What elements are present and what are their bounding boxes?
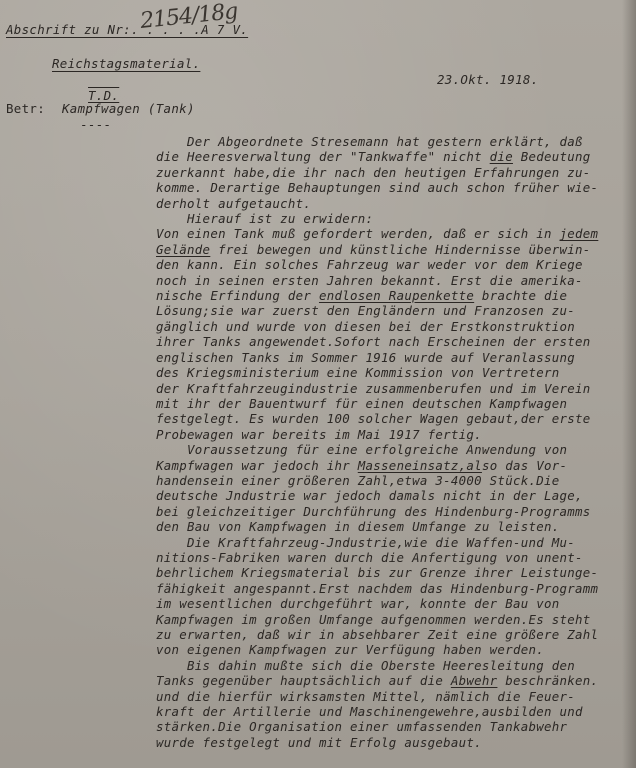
text-line: den kann. Ein solches Fahrzeug war weder…: [156, 257, 626, 272]
text-line: englischen Tanks im Sommer 1916 wurde au…: [156, 350, 626, 365]
text-line: mit ihr der Bauentwurf für einen deutsch…: [156, 396, 626, 411]
text-line: gänglich und wurde von diesen bei der Er…: [156, 319, 626, 334]
text-span: deutsche Jndustrie war jedoch damals nic…: [156, 488, 583, 503]
text-line: stärken.Die Organisation einer umfassend…: [156, 719, 626, 734]
text-line: Der Abgeordnete Stresemann hat gestern e…: [156, 134, 626, 149]
text-span: fähigkeit angespannt.Erst nachdem das Hi…: [156, 581, 598, 596]
text-line: deutsche Jndustrie war jedoch damals nic…: [156, 488, 626, 503]
text-line: komme. Derartige Behauptungen sind auch …: [156, 180, 626, 195]
text-line: Probewagen war bereits im Mai 1917 ferti…: [156, 427, 626, 442]
text-span: den kann. Ein solches Fahrzeug war weder…: [156, 257, 583, 272]
text-span: zu erwarten, daß wir in absehbarer Zeit …: [156, 627, 598, 642]
underlined-text: Gelände: [156, 242, 210, 257]
text-line: fähigkeit angespannt.Erst nachdem das Hi…: [156, 581, 626, 596]
text-span: im wesentlichen durchgeführt war, konnte…: [156, 596, 560, 611]
text-span: brachte die: [474, 288, 567, 303]
text-span: festgelegt. Es wurden 100 solcher Wagen …: [156, 411, 591, 426]
text-span: derholt aufgetaucht.: [156, 196, 311, 211]
text-span: komme. Derartige Behauptungen sind auch …: [156, 180, 598, 195]
text-span: den Bau von Kampfwagen in diesem Umfange…: [156, 519, 560, 534]
text-span: Der Abgeordnete Stresemann hat gestern e…: [156, 134, 583, 149]
text-line: von eigenen Kampfwagen zur Verfügung hab…: [156, 642, 626, 657]
subject-label: Betr:: [6, 101, 45, 116]
underlined-text: jedem: [560, 226, 599, 241]
text-span: beschränken.: [497, 673, 598, 688]
text-line: festgelegt. Es wurden 100 solcher Wagen …: [156, 411, 626, 426]
text-line: bei gleichzeitiger Durchführung des Hind…: [156, 504, 626, 519]
text-span: Probewagen war bereits im Mai 1917 ferti…: [156, 427, 482, 442]
text-line: Die Kraftfahrzeug-Jndustrie,wie die Waff…: [156, 535, 626, 550]
text-span: Die Kraftfahrzeug-Jndustrie,wie die Waff…: [156, 535, 575, 550]
text-span: Hierauf ist zu erwidern:: [156, 211, 373, 226]
text-line: wurde festgelegt und mit Erfolg ausgebau…: [156, 735, 626, 750]
underlined-text: die: [490, 149, 513, 164]
text-span: des Kriegsministerium eine Kommission vo…: [156, 365, 560, 380]
text-line: Kampfwagen im großen Umfange aufgenommen…: [156, 612, 626, 627]
text-line: Tanks gegenüber hauptsächlich auf die Ab…: [156, 673, 626, 688]
text-line: Von einen Tank muß gefordert werden, daß…: [156, 226, 626, 241]
text-line: derholt aufgetaucht.: [156, 196, 626, 211]
text-line: nische Erfindung der endlosen Raupenkett…: [156, 288, 626, 303]
subject-value: Kampfwagen (Tank): [62, 101, 195, 116]
text-line: und die hierfür wirksamsten Mittel, näml…: [156, 689, 626, 704]
document-body: Der Abgeordnete Stresemann hat gestern e…: [156, 134, 626, 750]
text-line: zuerkannt habe,die ihr nach den heutigen…: [156, 165, 626, 180]
text-line: im wesentlichen durchgeführt war, konnte…: [156, 596, 626, 611]
text-span: handensein einer größeren Zahl,etwa 3-40…: [156, 473, 560, 488]
document-date: 23.Okt. 1918.: [437, 72, 539, 87]
text-span: Voraussetzung für eine erfolgreiche Anwe…: [156, 442, 567, 457]
text-span: zuerkannt habe,die ihr nach den heutigen…: [156, 165, 591, 180]
text-line: zu erwarten, daß wir in absehbarer Zeit …: [156, 627, 626, 642]
text-span: Kampfwagen war jedoch ihr: [156, 458, 358, 473]
text-line: Gelände frei bewegen und künstliche Hind…: [156, 242, 626, 257]
text-line: ihrer Tanks angewendet.Sofort nach Ersch…: [156, 334, 626, 349]
underlined-text: Masseneinsatz,al: [358, 458, 482, 473]
text-span: bei gleichzeitiger Durchführung des Hind…: [156, 504, 591, 519]
text-span: der Kraftfahrzeugindustrie zusammenberuf…: [156, 381, 591, 396]
text-span: gänglich und wurde von diesen bei der Er…: [156, 319, 575, 334]
underlined-text: Abwehr: [451, 673, 498, 688]
text-line: Bis dahin mußte sich die Oberste Heeresl…: [156, 658, 626, 673]
text-span: stärken.Die Organisation einer umfassend…: [156, 719, 567, 734]
text-line: nitions-Fabriken waren durch die Anferti…: [156, 550, 626, 565]
text-line: Lösung;sie war zuerst den Engländern und…: [156, 303, 626, 318]
text-span: so das Vor-: [482, 458, 567, 473]
text-span: englischen Tanks im Sommer 1916 wurde au…: [156, 350, 575, 365]
text-span: frei bewegen und künstliche Hindernisse …: [210, 242, 590, 257]
text-line: Voraussetzung für eine erfolgreiche Anwe…: [156, 442, 626, 457]
text-span: Lösung;sie war zuerst den Engländern und…: [156, 303, 575, 318]
text-line: noch in seinen ersten Jahren bekannt. Er…: [156, 273, 626, 288]
text-span: wurde festgelegt und mit Erfolg ausgebau…: [156, 735, 482, 750]
text-span: Bis dahin mußte sich die Oberste Heeresl…: [156, 658, 575, 673]
text-span: kraft der Artillerie und Maschinengewehr…: [156, 704, 583, 719]
text-span: von eigenen Kampfwagen zur Verfügung hab…: [156, 642, 544, 657]
text-span: Von einen Tank muß gefordert werden, daß…: [156, 226, 560, 241]
text-line: den Bau von Kampfwagen in diesem Umfange…: [156, 519, 626, 534]
text-line: Kampfwagen war jedoch ihr Masseneinsatz,…: [156, 458, 626, 473]
text-line: handensein einer größeren Zahl,etwa 3-40…: [156, 473, 626, 488]
text-span: noch in seinen ersten Jahren bekannt. Er…: [156, 273, 583, 288]
document-subtitle: Reichstagsmaterial.: [52, 56, 200, 71]
text-span: und die hierfür wirksamsten Mittel, näml…: [156, 689, 575, 704]
text-span: mit ihr der Bauentwurf für einen deutsch…: [156, 396, 567, 411]
text-span: nitions-Fabriken waren durch die Anferti…: [156, 550, 583, 565]
text-line: die Heeresverwaltung der "Tankwaffe" nic…: [156, 149, 626, 164]
text-span: Kampfwagen im großen Umfange aufgenommen…: [156, 612, 591, 627]
text-line: kraft der Artillerie und Maschinengewehr…: [156, 704, 626, 719]
text-line: des Kriegsministerium eine Kommission vo…: [156, 365, 626, 380]
text-span: ihrer Tanks angewendet.Sofort nach Ersch…: [156, 334, 591, 349]
text-span: Bedeutung: [513, 149, 591, 164]
text-span: nische Erfindung der: [156, 288, 319, 303]
text-span: die Heeresverwaltung der "Tankwaffe" nic…: [156, 149, 490, 164]
text-line: Hierauf ist zu erwidern:: [156, 211, 626, 226]
text-span: Tanks gegenüber hauptsächlich auf die: [156, 673, 451, 688]
document-page: Abschrift zu Nr:. . . . .A 7 V. 2154/18g…: [0, 0, 636, 768]
underlined-text: endlosen Raupenkette: [319, 288, 474, 303]
text-line: behrlichem Kriegsmaterial bis zur Grenze…: [156, 565, 626, 580]
text-line: der Kraftfahrzeugindustrie zusammenberuf…: [156, 381, 626, 396]
separator: ----: [80, 117, 111, 132]
text-span: behrlichem Kriegsmaterial bis zur Grenze…: [156, 565, 598, 580]
